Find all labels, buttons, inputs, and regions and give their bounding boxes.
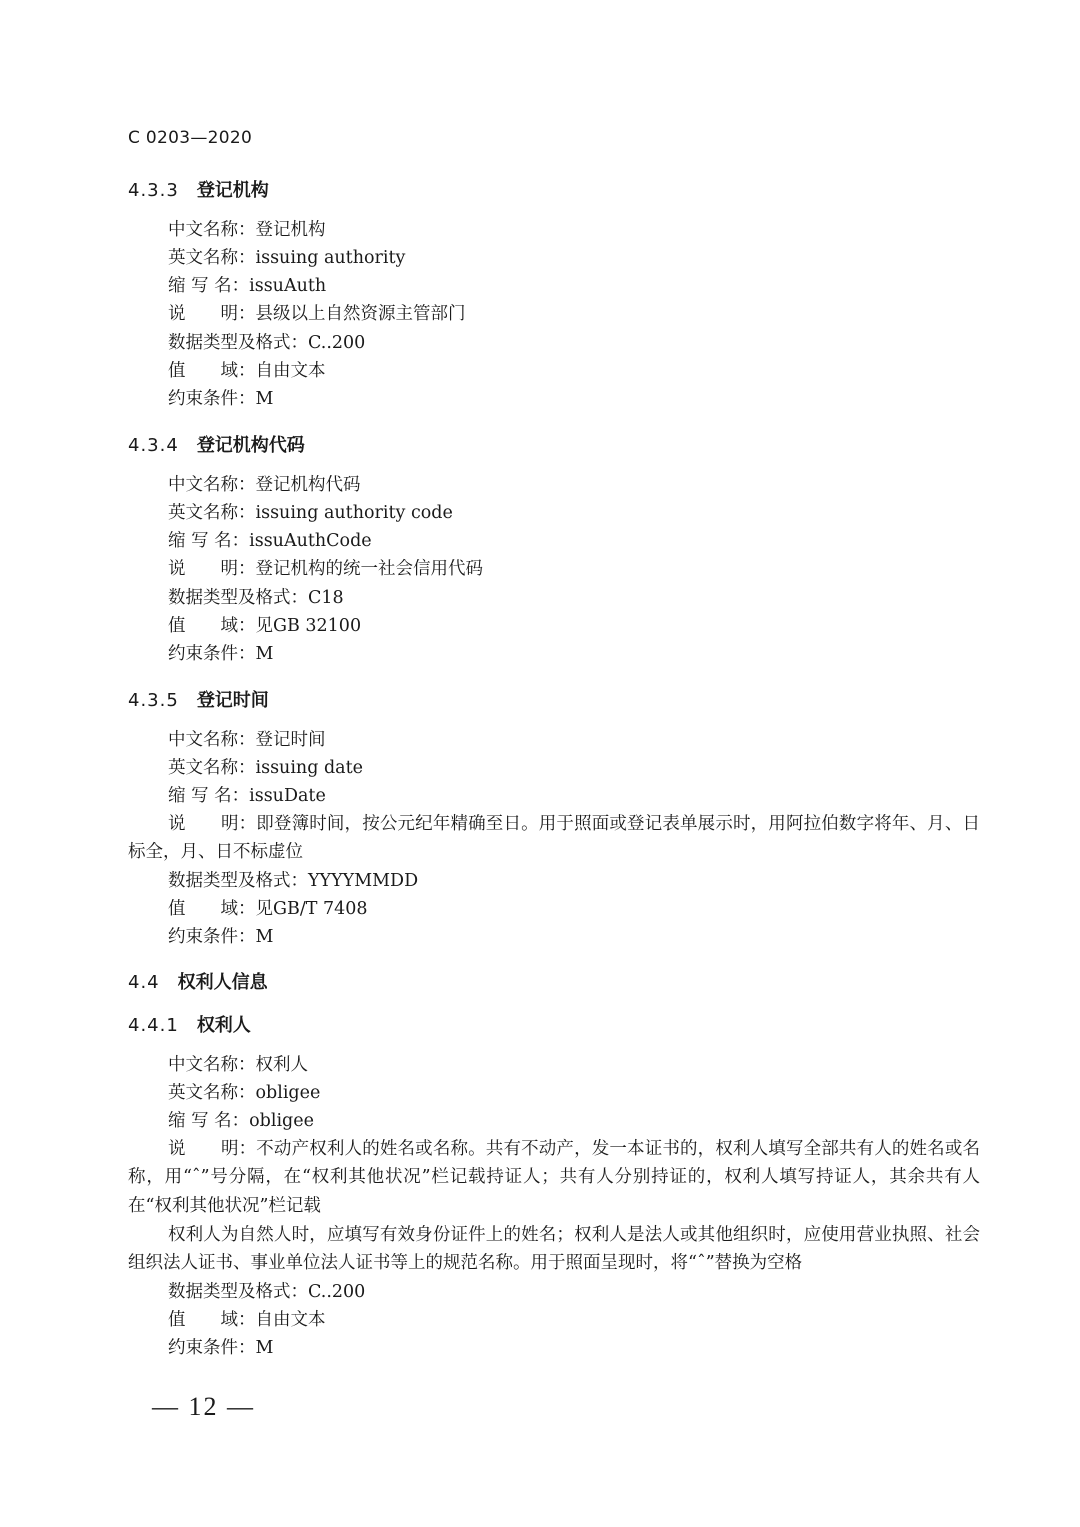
section-title: 登记机构代码 [197, 435, 305, 456]
field-constraint: 约束条件：M [168, 385, 273, 413]
section-title: 权利人信息 [178, 972, 268, 993]
field-en-name: 英文名称：issuing authority [168, 244, 405, 272]
field-type: 数据类型及格式：C..200 [168, 1278, 365, 1306]
field-desc-continued: 权利人为自然人时，应填写有效身份证件上的姓名；权利人是法人或其他组织时，应使用营… [128, 1221, 980, 1278]
field-abbr: 缩 写 名：issuDate [168, 782, 326, 810]
field-cn-name: 中文名称：登记时间 [168, 726, 326, 754]
field-en-name: 英文名称：issuing date [168, 754, 363, 782]
field-domain: 值 域：见GB/T 7408 [168, 895, 368, 923]
field-en-name: 英文名称：obligee [168, 1079, 320, 1107]
section-number: 4.4.1 [128, 1015, 179, 1036]
standard-code: C 0203—2020 [128, 128, 252, 148]
field-cn-name: 中文名称：登记机构代码 [168, 471, 361, 499]
section-number: 4.4 [128, 972, 160, 993]
field-domain: 值 域：自由文本 [168, 1306, 326, 1334]
field-type: 数据类型及格式：YYYYMMDD [168, 867, 418, 895]
field-cn-name: 中文名称：权利人 [168, 1051, 308, 1079]
section-heading-4-3-4: 4.3.4登记机构代码 [128, 431, 305, 457]
field-en-name: 英文名称：issuing authority code [168, 499, 453, 527]
section-number: 4.3.5 [128, 690, 179, 711]
field-desc: 说 明：不动产权利人的姓名或名称。共有不动产，发一本证书的，权利人填写全部共有人… [128, 1135, 980, 1220]
field-domain: 值 域：自由文本 [168, 357, 326, 385]
field-type: 数据类型及格式：C..200 [168, 329, 365, 357]
section-title: 登记机构 [197, 180, 269, 201]
section-number: 4.3.3 [128, 180, 179, 201]
page-number: — 12 — [152, 1392, 255, 1422]
field-constraint: 约束条件：M [168, 923, 273, 951]
field-abbr: 缩 写 名：issuAuthCode [168, 527, 372, 555]
field-constraint: 约束条件：M [168, 640, 273, 668]
section-title: 登记时间 [197, 690, 269, 711]
document-page: C 0203—2020 4.3.3登记机构 中文名称：登记机构 英文名称：iss… [0, 0, 1080, 1527]
field-cn-name: 中文名称：登记机构 [168, 216, 326, 244]
field-abbr: 缩 写 名：obligee [168, 1107, 314, 1135]
field-type: 数据类型及格式：C18 [168, 584, 344, 612]
section-heading-4-4-1: 4.4.1权利人 [128, 1011, 251, 1037]
field-domain: 值 域：见GB 32100 [168, 612, 361, 640]
section-heading-4-3-3: 4.3.3登记机构 [128, 176, 269, 202]
section-title: 权利人 [197, 1015, 251, 1036]
section-heading-4-3-5: 4.3.5登记时间 [128, 686, 269, 712]
field-desc: 说 明：县级以上自然资源主管部门 [168, 300, 466, 328]
field-desc: 说 明：登记机构的统一社会信用代码 [168, 555, 483, 583]
field-desc: 说 明：即登簿时间，按公元纪年精确至日。用于照面或登记表单展示时，用阿拉伯数字将… [128, 810, 980, 867]
section-number: 4.3.4 [128, 435, 179, 456]
field-abbr: 缩 写 名：issuAuth [168, 272, 326, 300]
section-heading-4-4: 4.4权利人信息 [128, 968, 268, 994]
field-constraint: 约束条件：M [168, 1334, 273, 1362]
